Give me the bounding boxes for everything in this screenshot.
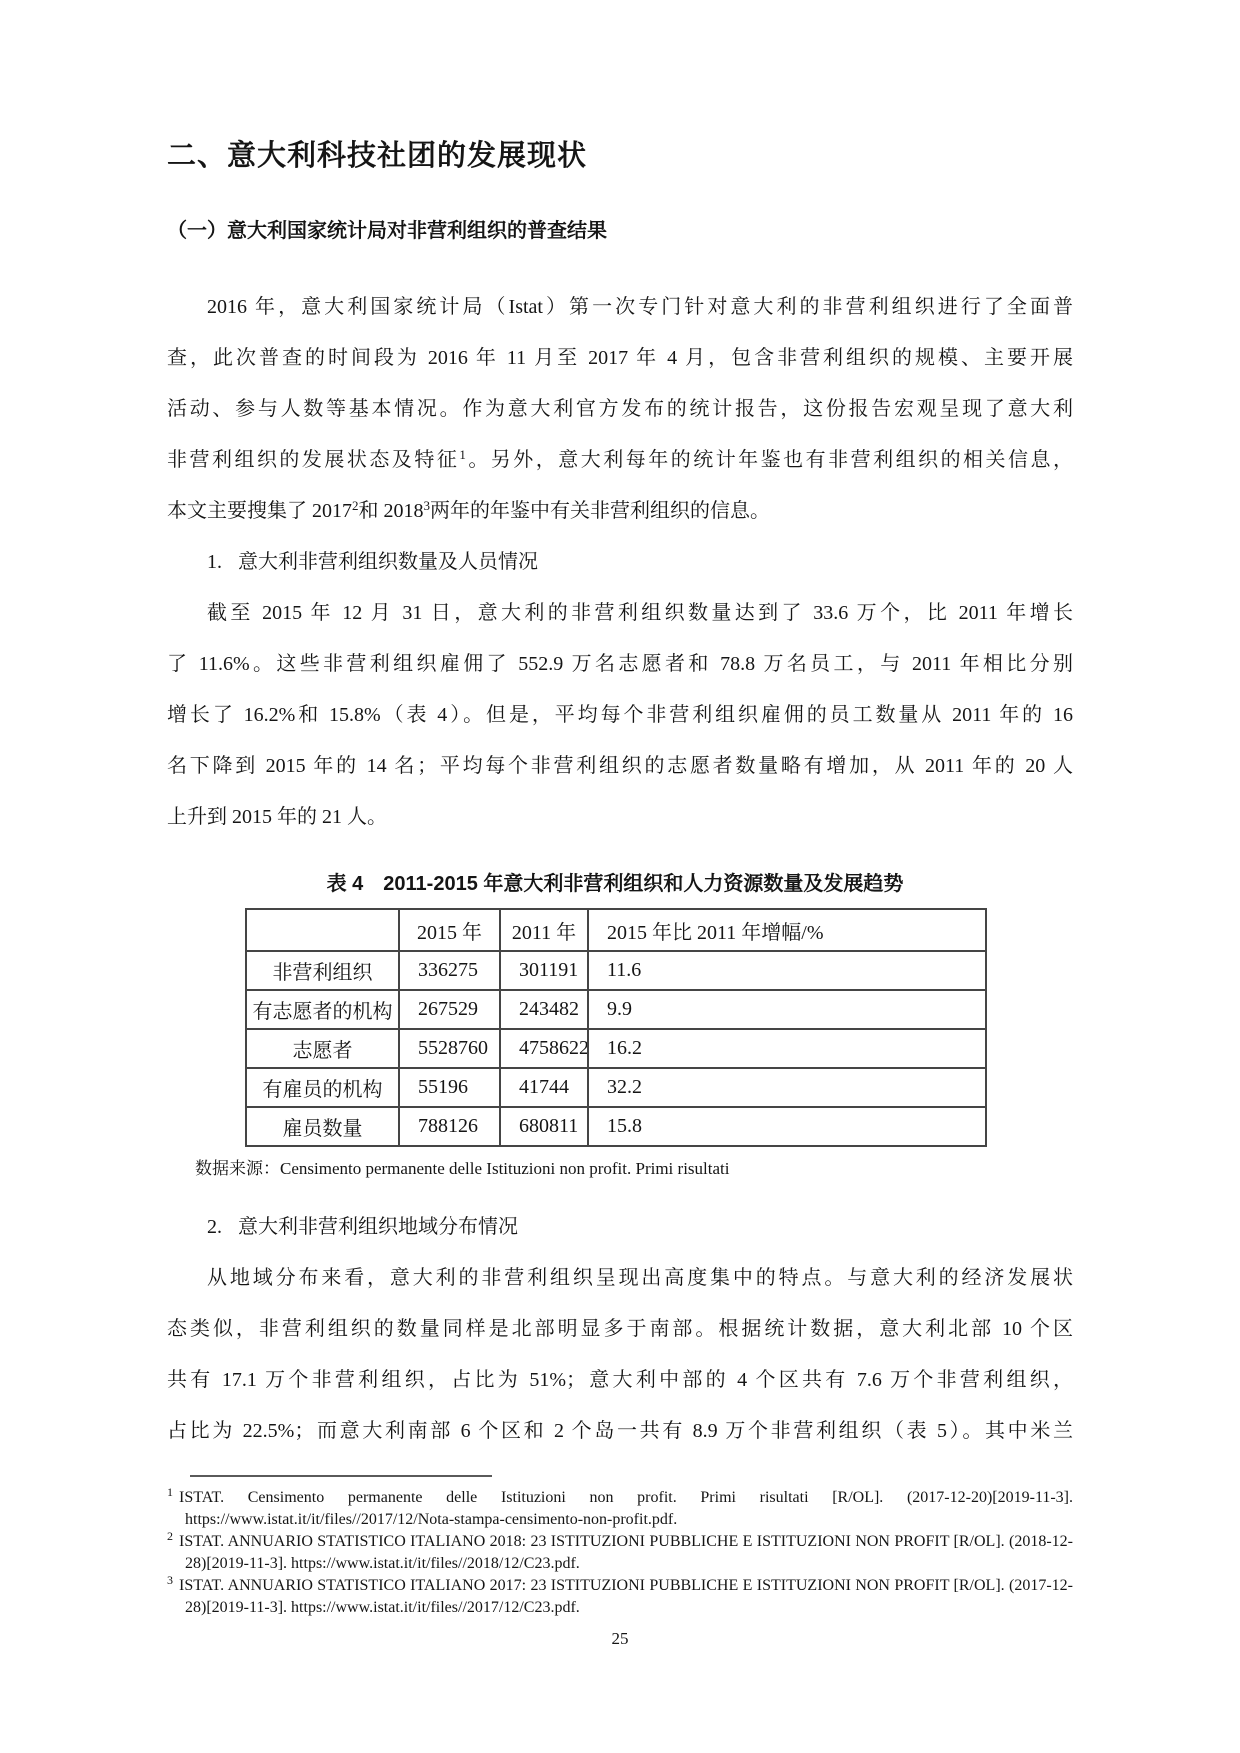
row-label: 有雇员的机构 xyxy=(246,1068,399,1107)
document-page: { "heading1": "二、意大利科技社团的发展现状", "heading… xyxy=(0,0,1240,1753)
value-2015: 5528760 xyxy=(399,1029,500,1068)
value-2015: 336275 xyxy=(399,951,500,990)
footnote-separator xyxy=(190,1475,492,1477)
row-label: 有志愿者的机构 xyxy=(246,990,399,1029)
para-text: 本文主要搜集了 2017 xyxy=(167,500,352,522)
para-line: 增长了 16.2%和 15.8%（表 4）。但是，平均每个非营利组织雇佣的员工数… xyxy=(167,690,1073,741)
row-label: 非营利组织 xyxy=(246,951,399,990)
row-label: 雇员数量 xyxy=(246,1107,399,1146)
value-growth: 16.2 xyxy=(588,1029,986,1068)
footnote-marker: 3 xyxy=(167,1573,173,1587)
row-label: 志愿者 xyxy=(246,1029,399,1068)
para-line: 本文主要搜集了 20172和 20183两年的年鉴中有关非营利组织的信息。 xyxy=(167,486,1073,537)
para-line: 活动、参与人数等基本情况。作为意大利官方发布的统计报告，这份报告宏观呈现了意大利 xyxy=(167,384,1073,435)
numbered-item-2: 2.意大利非营利组织地域分布情况 xyxy=(207,1202,1073,1253)
footnote-3: 3ISTAT. ANNUARIO STATISTICO ITALIANO 201… xyxy=(167,1575,1073,1619)
item-label: 意大利非营利组织地域分布情况 xyxy=(238,1216,518,1238)
value-growth: 32.2 xyxy=(588,1068,986,1107)
para-line: 非营利组织的发展状态及特征1。另外，意大利每年的统计年鉴也有非营利组织的相关信息… xyxy=(167,435,1073,486)
value-2011: 41744 xyxy=(500,1068,588,1107)
para-line: 查，此次普查的时间段为 2016 年 11 月至 2017 年 4 月，包含非营… xyxy=(167,333,1073,384)
para-text: 和 2018 xyxy=(359,500,424,522)
table-row: 雇员数量 788126 680811 15.8 xyxy=(246,1107,986,1146)
table-header-blank xyxy=(246,909,399,951)
value-2015: 55196 xyxy=(399,1068,500,1107)
para-line: 态类似，非营利组织的数量同样是北部明显多于南部。根据统计数据，意大利北部 10 … xyxy=(167,1304,1073,1355)
footnote-area: 1ISTAT. Censimento permanente delle Isti… xyxy=(167,1475,1073,1619)
numbered-item-1: 1.意大利非营利组织数量及人员情况 xyxy=(207,537,1073,588)
table-header-2015: 2015 年 xyxy=(399,909,500,951)
footnotes: 1ISTAT. Censimento permanente delle Isti… xyxy=(167,1487,1073,1619)
paragraph-census-overview: 2016 年，意大利国家统计局（Istat）第一次专门针对意大利的非营利组织进行… xyxy=(167,282,1073,537)
table-data-source: 数据来源：Censimento permanente delle Istituz… xyxy=(195,1157,1073,1180)
table-caption: 表 4 2011-2015 年意大利非营利组织和人力资源数量及发展趋势 xyxy=(245,869,985,899)
table-header-2011: 2011 年 xyxy=(500,909,588,951)
table-row: 有雇员的机构 55196 41744 32.2 xyxy=(246,1068,986,1107)
para-line: 上升到 2015 年的 21 人。 xyxy=(167,792,1073,843)
para-line: 占比为 22.5%；而意大利南部 6 个区和 2 个岛一共有 8.9 万个非营利… xyxy=(167,1406,1073,1457)
para-text: 非营利组织的发展状态及特征 xyxy=(167,449,459,471)
footnote-text: ISTAT. ANNUARIO STATISTICO ITALIANO 2018… xyxy=(179,1533,1073,1572)
footnote-2: 2ISTAT. ANNUARIO STATISTICO ITALIANO 201… xyxy=(167,1531,1073,1575)
footnote-1: 1ISTAT. Censimento permanente delle Isti… xyxy=(167,1487,1073,1531)
subsection-heading: （一）意大利国家统计局对非营利组织的普查结果 xyxy=(167,216,1073,246)
item-number: 1. xyxy=(207,551,222,573)
value-2015: 788126 xyxy=(399,1107,500,1146)
table-row: 有志愿者的机构 267529 243482 9.9 xyxy=(246,990,986,1029)
table-header-growth: 2015 年比 2011 年增幅/% xyxy=(588,909,986,951)
footnote-marker: 2 xyxy=(167,1529,173,1543)
table-header-row: 2015 年 2011 年 2015 年比 2011 年增幅/% xyxy=(246,909,986,951)
value-2015: 267529 xyxy=(399,990,500,1029)
paragraph-regional-distribution: 从地域分布来看，意大利的非营利组织呈现出高度集中的特点。与意大利的经济发展状 态… xyxy=(167,1253,1073,1457)
para-line: 2016 年，意大利国家统计局（Istat）第一次专门针对意大利的非营利组织进行… xyxy=(167,282,1073,333)
page-content: 二、意大利科技社团的发展现状 （一）意大利国家统计局对非营利组织的普查结果 20… xyxy=(167,136,1073,1650)
para-line: 共有 17.1 万个非营利组织，占比为 51%；意大利中部的 4 个区共有 7.… xyxy=(167,1355,1073,1406)
table-row: 非营利组织 336275 301191 11.6 xyxy=(246,951,986,990)
footnote-text: ISTAT. Censimento permanente delle Istit… xyxy=(179,1489,1073,1528)
page-number: 25 xyxy=(167,1627,1073,1650)
para-line: 截至 2015 年 12 月 31 日，意大利的非营利组织数量达到了 33.6 … xyxy=(167,588,1073,639)
value-2011: 680811 xyxy=(500,1107,588,1146)
para-text: 。另外，意大利每年的统计年鉴也有非营利组织的相关信息， xyxy=(466,449,1073,471)
table-row: 志愿者 5528760 4758622 16.2 xyxy=(246,1029,986,1068)
paragraph-quantity-personnel: 截至 2015 年 12 月 31 日，意大利的非营利组织数量达到了 33.6 … xyxy=(167,588,1073,843)
para-line: 名下降到 2015 年的 14 名；平均每个非营利组织的志愿者数量略有增加，从 … xyxy=(167,741,1073,792)
section-heading: 二、意大利科技社团的发展现状 xyxy=(167,136,1073,176)
item-label: 意大利非营利组织数量及人员情况 xyxy=(238,551,538,573)
item-number: 2. xyxy=(207,1216,222,1238)
value-2011: 301191 xyxy=(500,951,588,990)
footnote-text: ISTAT. ANNUARIO STATISTICO ITALIANO 2017… xyxy=(179,1577,1073,1616)
value-growth: 15.8 xyxy=(588,1107,986,1146)
value-growth: 11.6 xyxy=(588,951,986,990)
para-line: 了 11.6%。这些非营利组织雇佣了 552.9 万名志愿者和 78.8 万名员… xyxy=(167,639,1073,690)
value-growth: 9.9 xyxy=(588,990,986,1029)
para-line: 从地域分布来看，意大利的非营利组织呈现出高度集中的特点。与意大利的经济发展状 xyxy=(167,1253,1073,1304)
value-2011: 243482 xyxy=(500,990,588,1029)
value-2011: 4758622 xyxy=(500,1029,588,1068)
para-text: 两年的年鉴中有关非营利组织的信息。 xyxy=(430,500,770,522)
footnote-marker: 1 xyxy=(167,1485,173,1499)
table-nonprofit-statistics: 2015 年 2011 年 2015 年比 2011 年增幅/% 非营利组织 3… xyxy=(245,908,987,1147)
